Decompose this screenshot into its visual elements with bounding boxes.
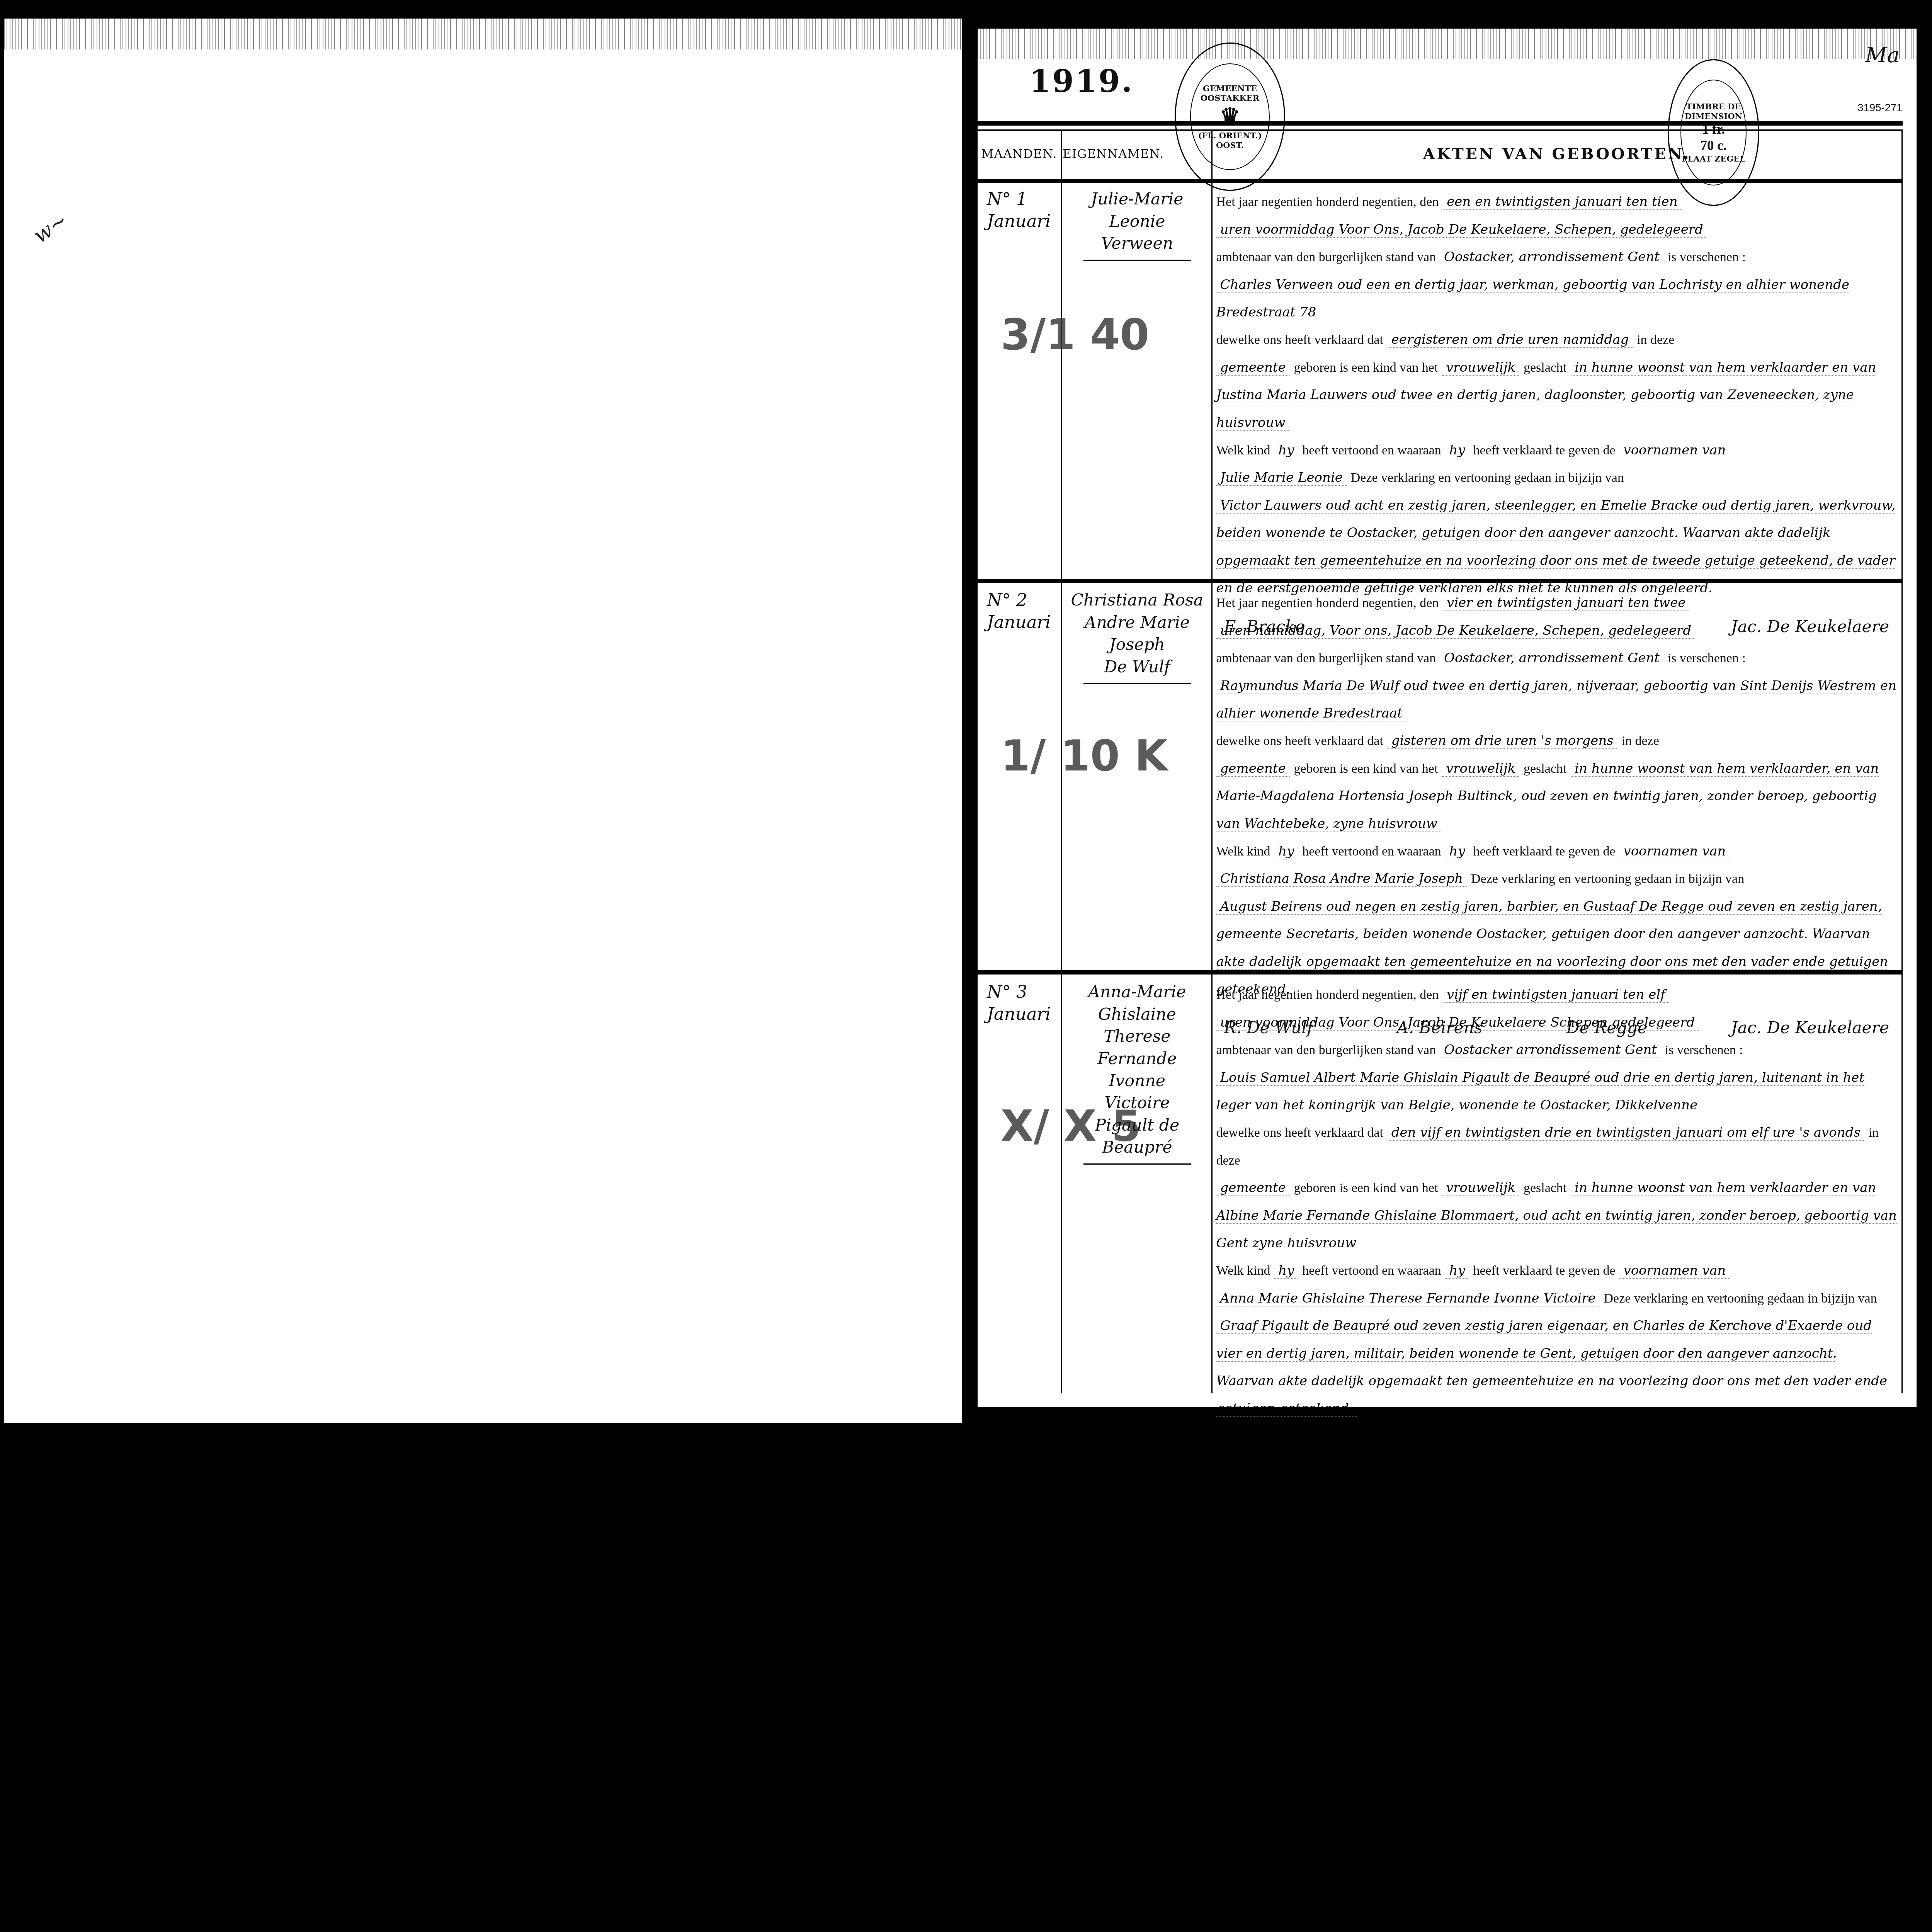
record-number: N° 3 — [987, 981, 1051, 1003]
handwritten-date: een en twintigsten januari ten tien — [1443, 194, 1681, 210]
signature: Cte Pigault de Beaupré — [1387, 1430, 1590, 1433]
printed-text: ambtenaar van den burgerlijken stand van — [1216, 651, 1436, 665]
printed-text: Welk kind — [1216, 844, 1270, 859]
printed-text: is verschenen : — [1668, 651, 1746, 665]
lion-emblem-icon: ♛ — [1219, 103, 1240, 131]
handwritten-text: hy — [1446, 442, 1469, 458]
record-month: Januari — [987, 611, 1051, 633]
printed-text: geslacht — [1524, 361, 1566, 375]
printed-text: Deze verklaring en vertooning gedaan in … — [1471, 872, 1744, 886]
child-name-line: Leonie — [1070, 211, 1204, 233]
printed-text: Welk kind — [1216, 1264, 1270, 1278]
printed-text: heeft vertoond en waaraan — [1302, 1264, 1441, 1278]
printed-text: geslacht — [1524, 762, 1566, 776]
printed-text: Deze verklaring en vertooning gedaan in … — [1351, 471, 1624, 485]
printed-text: ambtenaar van den burgerlijken stand van — [1216, 250, 1436, 264]
act-text: Het jaar negentien honderd negentien, de… — [1216, 981, 1897, 1433]
printed-text: Het jaar negentien honderd negentien, de… — [1216, 195, 1439, 209]
record-number-month: N° 2 Januari — [987, 589, 1051, 633]
printed-text: geboren is een kind van het — [1294, 1181, 1438, 1195]
printed-text: ambtenaar van den burgerlijken stand van — [1216, 1043, 1436, 1057]
name-underline — [1083, 260, 1191, 261]
handwritten-declarant: Raymundus Maria De Wulf oud twee en dert… — [1216, 678, 1897, 721]
child-name-line: Andre Marie Joseph — [1070, 612, 1204, 656]
tax-stamp-ring-text: TIMBRE DE DIMENSION — [1681, 102, 1745, 121]
record-number: N° 2 — [987, 589, 1051, 611]
printed-text: geboren is een kind van het — [1294, 361, 1438, 375]
printed-text: heeft vertoond en waaraan — [1302, 443, 1441, 457]
printed-text: is verschenen : — [1665, 1043, 1743, 1057]
child-name: Julie-Marie Leonie Verween — [1070, 188, 1204, 261]
page-edge-foxing — [978, 29, 1917, 59]
printed-text: dewelke ons heeft verklaard dat — [1216, 333, 1383, 347]
record-month: Januari — [987, 210, 1051, 232]
handwritten-text: voornamen van — [1619, 844, 1730, 859]
handwritten-witnesses: Graaf Pigault de Beaupré oud zeven zesti… — [1216, 1318, 1888, 1417]
handwritten-given-names: Christiana Rosa Andre Marie Joseph — [1216, 871, 1467, 887]
handwritten-text: hy — [1274, 1263, 1298, 1279]
child-name-line: Victoire — [1070, 1092, 1204, 1114]
child-name: Anna-Marie Ghislaine Therese Fernande Iv… — [1070, 981, 1204, 1165]
record-number-month: N° 1 Januari — [987, 188, 1051, 232]
handwritten-official: uren namiddag, Voor ons, Jacob De Keukel… — [1216, 623, 1696, 639]
register-year: 1919. — [1029, 63, 1134, 99]
signature-row: Pigault de Beaupré Cte Pigault de Beaupr… — [1216, 1430, 1897, 1433]
printed-text: dewelke ons heeft verklaard dat — [1216, 1126, 1383, 1140]
handwritten-text: hy — [1274, 844, 1298, 859]
printed-text: geboren is een kind van het — [1294, 762, 1438, 776]
register-page: 1919. Ma 3195-271 GEMEENTE OOSTAKKER ♛ (… — [978, 29, 1917, 1407]
handwritten-date: vijf en twintigsten januari ten elf — [1443, 987, 1669, 1003]
handwritten-sex: vrouwelijk — [1442, 761, 1519, 777]
printed-text: heeft verklaard te geven de — [1473, 1264, 1616, 1278]
handwritten-text: gemeente — [1216, 360, 1290, 376]
header-bottom-rule — [978, 179, 1903, 183]
child-name-line: Therese Fernande Ivonne — [1070, 1026, 1204, 1092]
handwritten-official: uren voormiddag Voor Ons, Jacob De Keuke… — [1216, 1015, 1699, 1031]
signature: C. de Kerchove — [1590, 1430, 1728, 1433]
printed-text: in deze — [1637, 333, 1674, 347]
record-month: Januari — [987, 1003, 1051, 1025]
printed-text: dewelke ons heeft verklaard dat — [1216, 734, 1383, 748]
child-name-line: Anna-Marie Ghislaine — [1070, 981, 1204, 1026]
register-code: 3195-271 — [1857, 102, 1902, 114]
record-number: N° 1 — [987, 188, 1051, 210]
record-separator — [978, 970, 1903, 975]
margin-pencil-note: 1/ 10 K — [1001, 731, 1168, 781]
handwritten-given-names: Julie Marie Leonie — [1216, 470, 1347, 486]
printed-text: heeft verklaard te geven de — [1473, 844, 1616, 859]
stray-ink-mark: w~ — [29, 207, 72, 248]
handwritten-sex: vrouwelijk — [1442, 360, 1519, 376]
register-title: AKTEN VAN GEBOORTEN. — [1211, 145, 1902, 163]
signature: Pigault de Beaupré — [1216, 1430, 1387, 1433]
printed-text: Deze verklaring en vertooning gedaan in … — [1604, 1291, 1877, 1306]
handwritten-text: gemeente — [1216, 1180, 1290, 1196]
handwritten-given-names: Anna Marie Ghislaine Therese Fernande Iv… — [1216, 1291, 1600, 1306]
child-name: Christiana Rosa Andre Marie Joseph De Wu… — [1070, 589, 1204, 684]
signature-official: Jac. De Keukelaere — [1728, 1430, 1897, 1433]
birth-record-3: N° 3 Januari X/ X 5 Anna-Marie Ghislaine… — [978, 977, 1903, 1391]
page-edge-foxing — [4, 19, 962, 49]
handwritten-birth-time: den vijf en twintigsten drie en twintigs… — [1388, 1125, 1864, 1141]
handwritten-text: hy — [1274, 442, 1298, 458]
handwritten-birth-time: eergisteren om drie uren namiddag — [1388, 332, 1633, 348]
handwritten-date: vier en twintigsten januari ten twee — [1443, 595, 1689, 611]
handwritten-place: Oostacker, arrondissement Gent — [1440, 249, 1663, 265]
child-surname: Verween — [1070, 233, 1204, 255]
printed-text: heeft vertoond en waaraan — [1302, 844, 1441, 859]
margin-pencil-note: 3/1 40 — [1001, 310, 1150, 359]
handwritten-text: hy — [1446, 844, 1469, 859]
handwritten-official: uren voormiddag Voor Ons, Jacob De Keuke… — [1216, 222, 1707, 238]
child-surname: Pigault de Beaupré — [1070, 1114, 1204, 1159]
act-text: Het jaar negentien honderd negentien, de… — [1216, 188, 1897, 644]
handwritten-text: voornamen van — [1619, 1263, 1730, 1279]
record-separator — [978, 579, 1903, 583]
printed-text: heeft verklaard te geven de — [1473, 443, 1616, 457]
column-header-names: EIGENNAMEN. — [1063, 147, 1207, 161]
child-name-line: Julie-Marie — [1070, 188, 1204, 210]
name-underline — [1083, 1163, 1191, 1165]
handwritten-text: voornamen van — [1619, 442, 1730, 458]
register-header-row: MAANDEN. EIGENNAMEN. AKTEN VAN GEBOORTEN… — [978, 131, 1903, 177]
handwritten-text: gemeente — [1216, 761, 1290, 777]
record-number-month: N° 3 Januari — [987, 981, 1051, 1025]
printed-text: Het jaar negentien honderd negentien, de… — [1216, 988, 1439, 1002]
left-page-blank: w~ — [4, 19, 962, 1423]
handwritten-text: hy — [1446, 1263, 1469, 1279]
handwritten-sex: vrouwelijk — [1442, 1180, 1519, 1196]
column-header-months: MAANDEN. — [981, 147, 1060, 161]
header-top-rule — [978, 121, 1903, 125]
handwritten-declarant: Louis Samuel Albert Marie Ghislain Pigau… — [1216, 1070, 1865, 1113]
printed-text: is verschenen : — [1668, 250, 1746, 264]
child-surname: De Wulf — [1070, 656, 1204, 678]
handwritten-birth-time: gisteren om drie uren 's morgens — [1388, 733, 1617, 749]
handwritten-declarant: Charles Verween oud een en dertig jaar, … — [1216, 277, 1850, 320]
corner-annotation: Ma — [1865, 43, 1900, 67]
printed-text: Welk kind — [1216, 443, 1270, 457]
printed-text: geslacht — [1524, 1181, 1566, 1195]
child-name-line: Christiana Rosa — [1070, 589, 1204, 611]
printed-text: in deze — [1622, 734, 1659, 748]
birth-record-1: N° 1 Januari 3/1 40 Julie-Marie Leonie V… — [978, 184, 1903, 576]
birth-record-2: N° 2 Januari 1/ 10 K Christiana Rosa And… — [978, 586, 1903, 969]
seal-ring-text: GEMEENTE OOSTAKKER — [1191, 83, 1269, 103]
handwritten-place: Oostacker arrondissement Gent — [1440, 1042, 1661, 1058]
handwritten-place: Oostacker, arrondissement Gent — [1440, 650, 1663, 666]
name-underline — [1083, 683, 1191, 684]
printed-text: Het jaar negentien honderd negentien, de… — [1216, 596, 1439, 610]
